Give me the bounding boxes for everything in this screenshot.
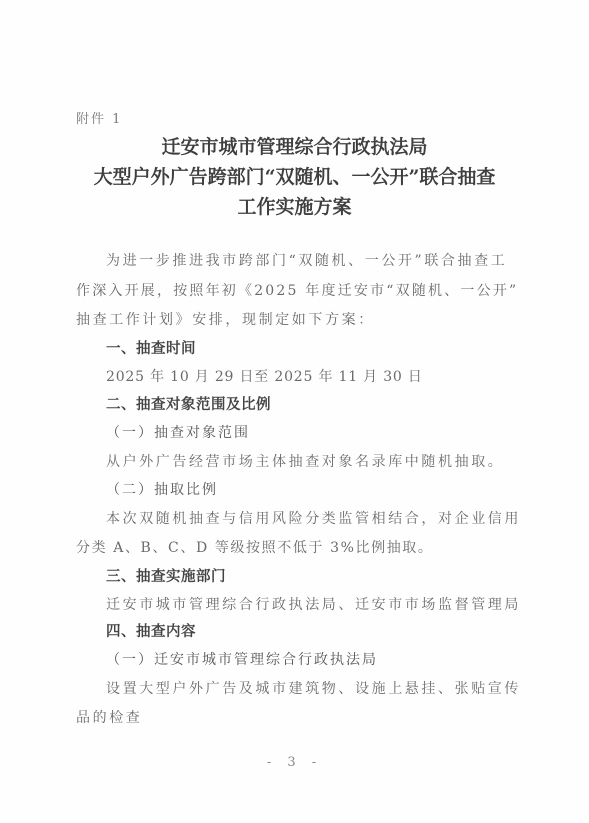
section-1-text: 2025 年 10 月 29 日至 2025 年 11 月 30 日 — [106, 366, 423, 386]
intro-line-3: 抽查工作计划》安排，现制定如下方案： — [76, 309, 375, 329]
section-2-sub-1-text: 从户外广告经营市场主体抽查对象名录库中随机抽取。 — [106, 451, 504, 471]
title-line-2: 大型户外广告跨部门“双随机、一公开”联合抽查 — [0, 162, 589, 189]
section-2-sub-2-text-1: 本次双随机抽查与信用风险分类监管相结合，对企业信用 — [106, 508, 521, 528]
attachment-label: 附件 1 — [76, 108, 122, 127]
title-line-3: 工作实施方案 — [0, 192, 589, 219]
section-2-sub-2: （二）抽取比例 — [106, 479, 218, 499]
section-3-text: 迁安市城市管理综合行政执法局、迁安市市场监督管理局 — [106, 594, 521, 614]
page-number: - 3 - — [0, 755, 589, 770]
section-4-sub-1: （一）迁安市城市管理综合行政执法局 — [106, 649, 378, 669]
section-2-sub-2-text-2: 分类 A、B、C、D 等级按照不低于 3%比例抽取。 — [76, 537, 434, 557]
intro-line-1: 为进一步推进我市跨部门“双随机、一公开”联合抽查工 — [106, 250, 507, 270]
section-4-sub-1-text-1: 设置大型户外广告及城市建筑物、设施上悬挂、张贴宣传 — [106, 678, 521, 698]
section-1-heading: 一、抽查时间 — [106, 337, 196, 358]
section-4-sub-1-text-2: 品的检查 — [76, 707, 142, 727]
document-page: 附件 1 迁安市城市管理综合行政执法局 大型户外广告跨部门“双随机、一公开”联合… — [0, 0, 589, 823]
section-4-heading: 四、抽查内容 — [106, 620, 196, 641]
section-3-heading: 三、抽查实施部门 — [106, 565, 226, 586]
title-line-1: 迁安市城市管理综合行政执法局 — [0, 132, 589, 159]
intro-line-2: 作深入开展，按照年初《2025 年度迁安市“双随机、一公开” — [76, 280, 518, 300]
section-2-sub-1: （一）抽查对象范围 — [106, 422, 250, 442]
section-2-heading: 二、抽查对象范围及比例 — [106, 393, 271, 414]
